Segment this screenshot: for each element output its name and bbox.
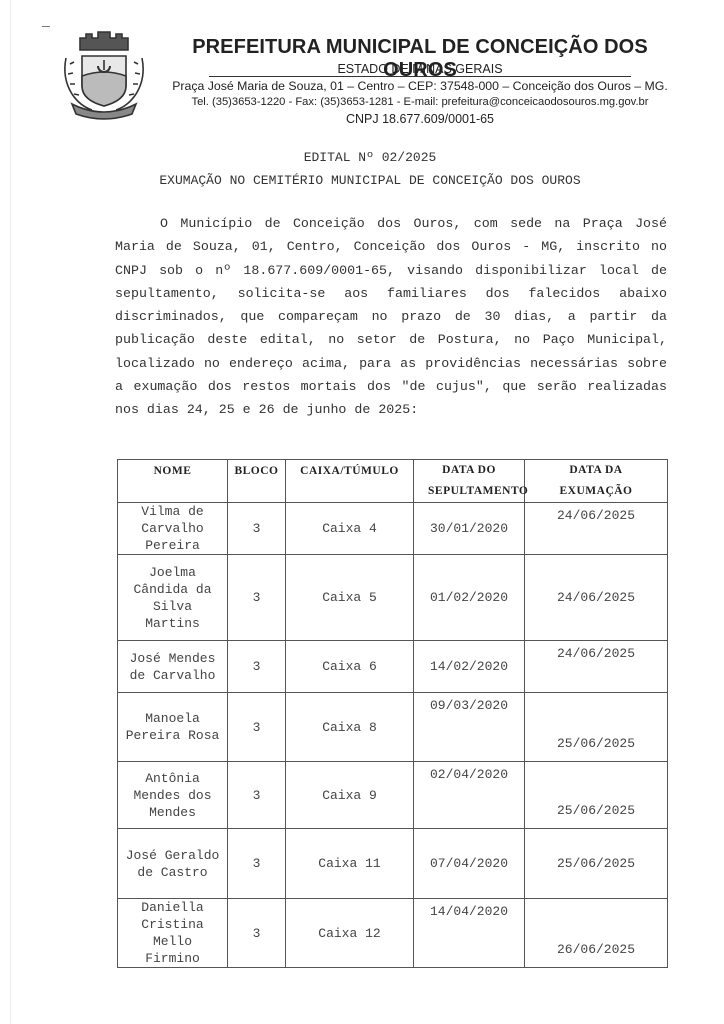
underline-right <box>503 64 631 77</box>
institution-contact: Tel. (35)3653-1220 - Fax: (35)3653-1281 … <box>170 96 670 108</box>
edital-title: EDITAL Nº 02/2025 <box>8 150 724 165</box>
cell-sepultamento: 09/03/2020 <box>414 693 525 762</box>
table-row: Joelma Cândida da Silva Martins3Caixa 50… <box>118 555 668 641</box>
cell-nome: Daniella Cristina Mello Firmino <box>118 899 228 968</box>
cell-nome: Antônia Mendes dos Mendes <box>118 762 228 829</box>
cell-nome: José Mendes de Carvalho <box>118 641 228 693</box>
table-header-row: NOME BLOCO CAIXA/TÚMULO DATA DO SEPULTAM… <box>118 460 668 503</box>
cell-caixa: Caixa 6 <box>286 641 414 693</box>
cell-caixa: Caixa 8 <box>286 693 414 762</box>
edital-body: O Município de Conceição dos Ouros, com … <box>115 212 667 422</box>
cell-bloco: 3 <box>228 762 286 829</box>
cell-sepultamento: 02/04/2020 <box>414 762 525 829</box>
col-header-bloco: BLOCO <box>228 460 286 503</box>
cell-sepultamento: 14/02/2020 <box>414 641 525 693</box>
cell-exumacao: 26/06/2025 <box>525 899 668 968</box>
institution-cnpj: CNPJ 18.677.609/0001-65 <box>170 112 670 126</box>
scan-speck <box>42 26 50 27</box>
table-row: Daniella Cristina Mello Firmino3Caixa 12… <box>118 899 668 968</box>
table-row: José Geraldo de Castro3Caixa 1107/04/202… <box>118 829 668 899</box>
cell-exumacao: 25/06/2025 <box>525 829 668 899</box>
col-header-sepultamento: DATA DO SEPULTAMENTO <box>414 460 525 503</box>
cell-bloco: 3 <box>228 641 286 693</box>
cell-caixa: Caixa 5 <box>286 555 414 641</box>
col-header-caixa: CAIXA/TÚMULO <box>286 460 414 503</box>
cell-caixa: Caixa 11 <box>286 829 414 899</box>
col-header-nome: NOME <box>118 460 228 503</box>
cell-bloco: 3 <box>228 899 286 968</box>
cell-sepultamento: 30/01/2020 <box>414 503 525 555</box>
edital-subtitle: EXUMAÇÃO NO CEMITÉRIO MUNICIPAL DE CONCE… <box>8 173 724 188</box>
cell-caixa: Caixa 4 <box>286 503 414 555</box>
state-line: ESTADO DE MINAS GERAIS <box>170 63 670 77</box>
cell-caixa: Caixa 9 <box>286 762 414 829</box>
cell-bloco: 3 <box>228 829 286 899</box>
cell-caixa: Caixa 12 <box>286 899 414 968</box>
cell-exumacao: 24/06/2025 <box>525 641 668 693</box>
cell-exumacao: 25/06/2025 <box>525 693 668 762</box>
col-header-exumacao: DATA DA EXUMAÇÃO <box>525 460 668 503</box>
table-row: Manoela Pereira Rosa3Caixa 809/03/202025… <box>118 693 668 762</box>
cell-exumacao: 24/06/2025 <box>525 555 668 641</box>
cell-sepultamento: 14/04/2020 <box>414 899 525 968</box>
body-paragraph: O Município de Conceição dos Ouros, com … <box>115 212 667 422</box>
cell-nome: Vilma de Carvalho Pereira <box>118 503 228 555</box>
cell-nome: Joelma Cândida da Silva Martins <box>118 555 228 641</box>
cell-nome: José Geraldo de Castro <box>118 829 228 899</box>
underline-left <box>209 64 337 77</box>
table-row: José Mendes de Carvalho3Caixa 614/02/202… <box>118 641 668 693</box>
institution-address: Praça José Maria de Souza, 01 – Centro –… <box>170 79 670 93</box>
cell-bloco: 3 <box>228 503 286 555</box>
cell-sepultamento: 01/02/2020 <box>414 555 525 641</box>
table-row: Vilma de Carvalho Pereira3Caixa 430/01/2… <box>118 503 668 555</box>
table-row: Antônia Mendes dos Mendes3Caixa 902/04/2… <box>118 762 668 829</box>
cell-sepultamento: 07/04/2020 <box>414 829 525 899</box>
state-name: ESTADO DE MINAS GERAIS <box>337 63 502 77</box>
cell-bloco: 3 <box>228 693 286 762</box>
exhumation-table: NOME BLOCO CAIXA/TÚMULO DATA DO SEPULTAM… <box>117 459 668 968</box>
cell-bloco: 3 <box>228 555 286 641</box>
cell-exumacao: 25/06/2025 <box>525 762 668 829</box>
cell-exumacao: 24/06/2025 <box>525 503 668 555</box>
cell-nome: Manoela Pereira Rosa <box>118 693 228 762</box>
coat-of-arms-icon <box>58 28 150 122</box>
